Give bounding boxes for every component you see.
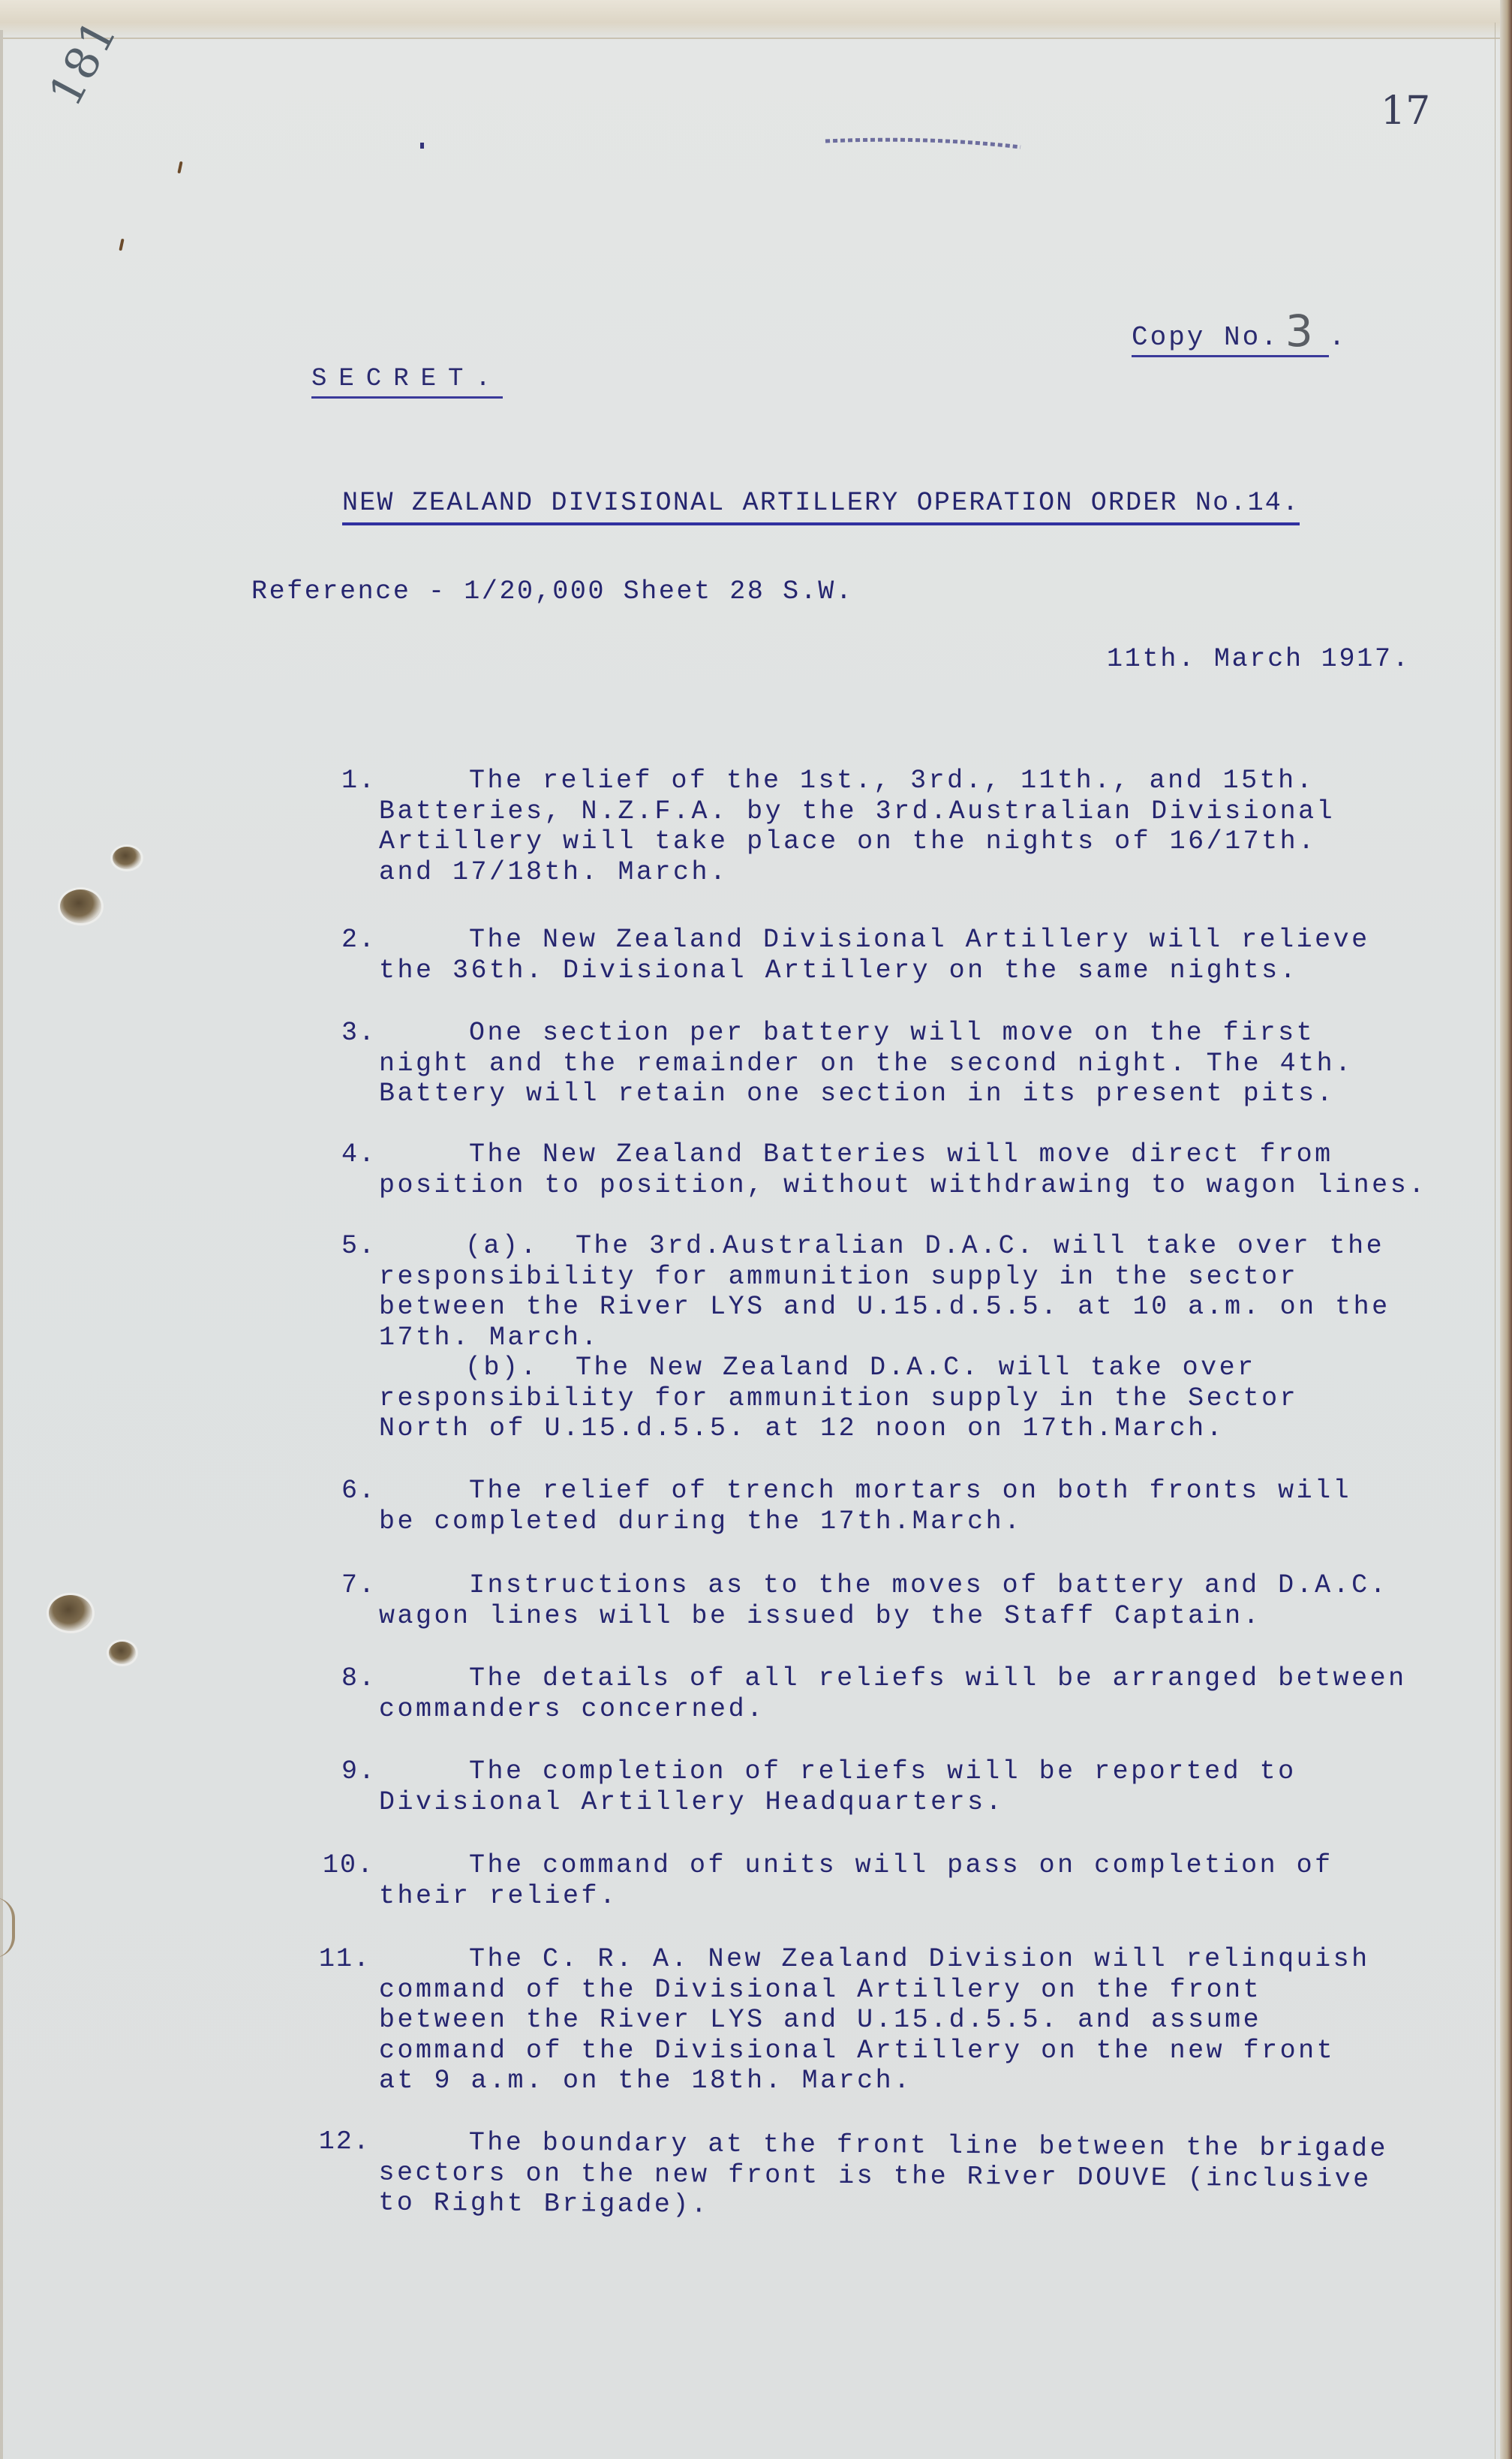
- paragraph-line: The command of units will pass on comple…: [323, 1850, 1433, 1881]
- paragraph-line: Artillery will take place on the nights …: [341, 826, 1452, 857]
- paper-tear-edge: [0, 1898, 15, 1958]
- paragraph-line: the 36th. Divisional Artillery on the sa…: [341, 956, 1452, 986]
- binding-edge: [1500, 0, 1512, 2459]
- paragraph-line: responsibility for ammunition supply in …: [341, 1262, 1452, 1293]
- paragraph-number: 6.: [341, 1476, 376, 1506]
- paper-speck: [119, 239, 124, 251]
- paragraph-9: 9. The completion of reliefs will be rep…: [341, 1756, 1452, 1817]
- paragraph-number: 7.: [341, 1570, 376, 1600]
- paragraph-number: 12.: [319, 2126, 371, 2157]
- paragraph-line: 17th. March.: [341, 1323, 1452, 1353]
- paragraph-line: Instructions as to the moves of battery …: [341, 1570, 1452, 1601]
- paragraph-1: 1. The relief of the 1st., 3rd., 11th., …: [341, 766, 1452, 887]
- paragraph-11: 11. The C. R. A. New Zealand Division wi…: [319, 1944, 1429, 2096]
- copy-trailing-period: .: [1329, 322, 1348, 353]
- paragraph-line: at 9 a.m. on the 18th. March.: [319, 2066, 1429, 2096]
- paragraph-line: position to position, without withdrawin…: [341, 1170, 1452, 1201]
- paragraph-line: their relief.: [323, 1881, 1433, 1912]
- punch-hole: [109, 1642, 136, 1664]
- paragraph-line: Batteries, N.Z.F.A. by the 3rd.Australia…: [341, 796, 1452, 827]
- paragraph-6: 6. The relief of trench mortars on both …: [341, 1476, 1452, 1536]
- map-reference: Reference - 1/20,000 Sheet 28 S.W.: [251, 576, 854, 606]
- paragraph-3: 3. One section per battery will move on …: [341, 1018, 1452, 1109]
- paragraph-number: 11.: [319, 1944, 371, 1974]
- paragraph-line: Divisional Artillery Headquarters.: [341, 1787, 1452, 1818]
- paragraph-line: (a). The 3rd.Australian D.A.C. will take…: [341, 1231, 1452, 1262]
- paragraph-number: 2.: [341, 925, 376, 955]
- copy-number-line: Copy No.3.: [1132, 304, 1347, 357]
- paragraph-number: 10.: [323, 1850, 374, 1880]
- punch-hole: [113, 847, 141, 869]
- paragraph-number: 3.: [341, 1018, 376, 1048]
- subparagraph-b-line: (b). The New Zealand D.A.C. will take ov…: [341, 1353, 1452, 1383]
- paragraph-number: 9.: [341, 1756, 376, 1786]
- paragraph-line: commanders concerned.: [341, 1694, 1452, 1725]
- subparagraph-b-line: North of U.15.d.5.5. at 12 noon on 17th.…: [341, 1413, 1452, 1444]
- document-title: NEW ZEALAND DIVISIONAL ARTILLERY OPERATI…: [342, 488, 1300, 525]
- paragraph-line: One section per battery will move on the…: [341, 1018, 1452, 1049]
- paragraph-line: The C. R. A. New Zealand Division will r…: [319, 1944, 1429, 1975]
- paragraph-line: between the River LYS and U.15.d.5.5. at…: [341, 1292, 1452, 1323]
- paragraph-5: 5. (a). The 3rd.Australian D.A.C. will t…: [341, 1231, 1452, 1444]
- paper-left-edge: [0, 30, 3, 2459]
- paragraph-line: The completion of reliefs will be report…: [341, 1756, 1452, 1787]
- paragraph-line: command of the Divisional Artillery on t…: [319, 1975, 1429, 2006]
- punch-hole: [60, 889, 101, 923]
- copy-number-handwritten: 3: [1285, 305, 1315, 357]
- document-page: 181 17 Copy No.3. SECRET. NEW ZEALAND DI…: [0, 0, 1512, 2459]
- classification-label: SECRET.: [311, 365, 503, 399]
- subparagraph-b-line: responsibility for ammunition supply in …: [341, 1383, 1452, 1414]
- paragraph-line: The relief of trench mortars on both fro…: [341, 1476, 1452, 1506]
- paragraph-2: 2. The New Zealand Divisional Artillery …: [341, 925, 1452, 986]
- paragraph-10: 10. The command of units will pass on co…: [323, 1850, 1433, 1911]
- paragraph-line: between the River LYS and U.15.d.5.5. an…: [319, 2005, 1429, 2036]
- document-date: 11th. March 1917.: [1107, 644, 1411, 674]
- paragraph-number: 5.: [341, 1231, 376, 1261]
- paragraph-line: be completed during the 17th.March.: [341, 1506, 1452, 1537]
- paragraph-line: The details of all reliefs will be arran…: [341, 1663, 1452, 1694]
- stamped-folio-number: 17: [1381, 89, 1430, 134]
- paragraph-12: 12. The boundary at the front line betwe…: [318, 2126, 1429, 2226]
- paper-top-edge: [0, 0, 1512, 39]
- punch-hole: [49, 1595, 92, 1631]
- paragraph-line: The New Zealand Divisional Artillery wil…: [341, 925, 1452, 956]
- ink-bleed-mark: [795, 134, 1096, 155]
- paper-speck: [177, 161, 182, 173]
- paragraph-line: command of the Divisional Artillery on t…: [319, 2036, 1429, 2066]
- paragraph-line: night and the remainder on the second ni…: [341, 1049, 1452, 1079]
- page-stack-edge-line: [1495, 23, 1495, 2459]
- paragraph-number: 4.: [341, 1139, 376, 1169]
- paragraph-number: 1.: [341, 766, 376, 796]
- paragraph-line: wagon lines will be issued by the Staff …: [341, 1601, 1452, 1632]
- paragraph-line: Battery will retain one section in its p…: [341, 1079, 1452, 1109]
- ink-dot: [420, 143, 424, 149]
- paragraph-line: The New Zealand Batteries will move dire…: [341, 1139, 1452, 1170]
- paragraph-8: 8. The details of all reliefs will be ar…: [341, 1663, 1452, 1724]
- copy-label: Copy No.: [1132, 322, 1279, 353]
- paragraph-number: 8.: [341, 1663, 376, 1693]
- paragraph-4: 4. The New Zealand Batteries will move d…: [341, 1139, 1452, 1200]
- paragraph-line: and 17/18th. March.: [341, 857, 1452, 888]
- paragraph-line: The relief of the 1st., 3rd., 11th., and…: [341, 766, 1452, 796]
- paragraph-7: 7. Instructions as to the moves of batte…: [341, 1570, 1452, 1631]
